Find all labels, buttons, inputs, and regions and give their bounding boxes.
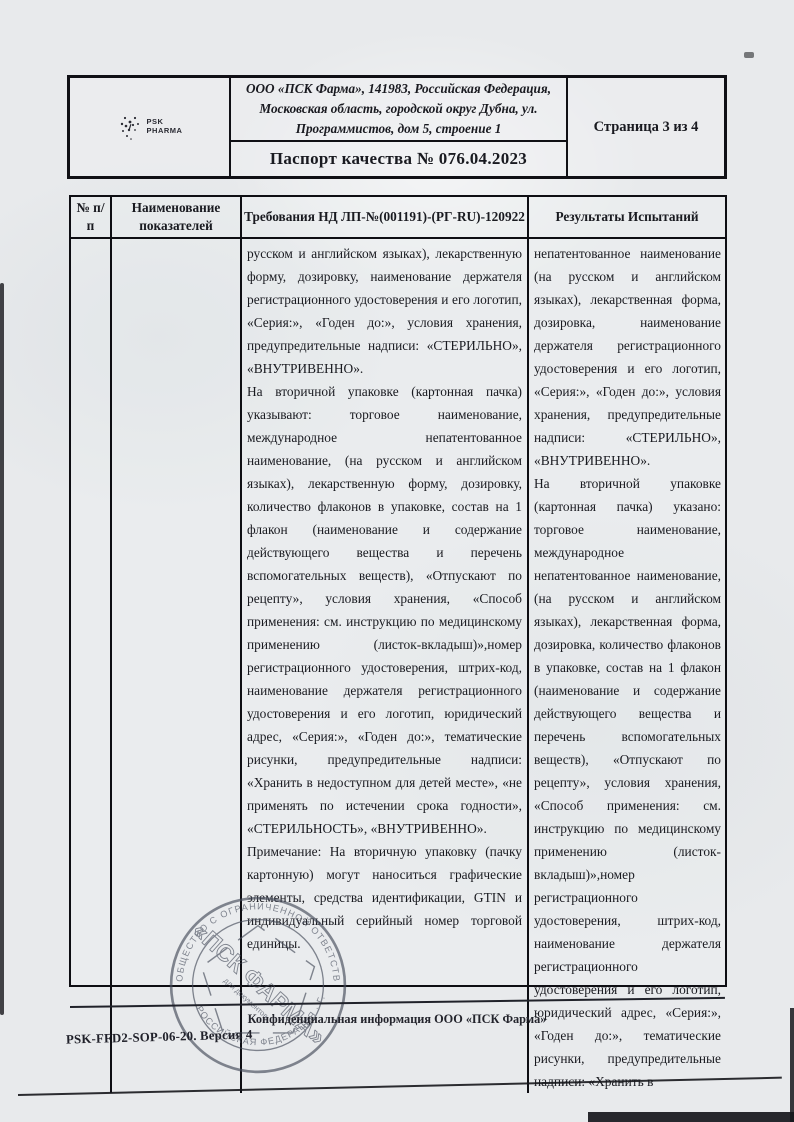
scan-speck-artifact-top-right [744, 52, 754, 58]
psk-burst-logo-icon [117, 112, 143, 142]
col-header-results: Результаты Испытаний [529, 197, 725, 239]
company-round-stamp: ОБЩЕСТВО С ОГРАНИЧЕННОЙ ОТВЕТСТВЕННОСТЬЮ… [166, 893, 350, 1077]
header-table: PSK PHARMA ООО «ПСК Фарма», 141983, Росс… [67, 75, 727, 179]
scanned-quality-passport-page: { "header": { "logo": { "icon": "psk-bur… [0, 0, 794, 1122]
company-address: ООО «ПСК Фарма», 141983, Российская Феде… [231, 78, 566, 142]
scan-band-artifact-bottom-right [588, 1112, 794, 1122]
logo-cell: PSK PHARMA [70, 78, 231, 176]
scan-edge-artifact-left [0, 283, 4, 1015]
cell-results: непатентованное наименование (на русском… [529, 239, 725, 1093]
specification-table: № п/п Наименование показателей Требовани… [69, 195, 727, 987]
page-indicator: Страница 3 из 4 [566, 78, 724, 176]
logo-brand-line2: PHARMA [147, 127, 183, 136]
header-middle-cell: ООО «ПСК Фарма», 141983, Российская Феде… [231, 78, 566, 176]
confidential-notice: Конфиденциальная информация ООО «ПСК Фар… [0, 1012, 794, 1027]
results-text: непатентованное наименование (на русском… [529, 239, 725, 1093]
scan-edge-artifact-right [790, 1008, 794, 1122]
requirements-text: русском и английском языках), лекарствен… [242, 239, 527, 955]
col-header-number: № п/п [71, 197, 112, 239]
col-header-indicator: Наименование показателей [112, 197, 242, 239]
cell-number [71, 239, 112, 1093]
logo-wordmark: PSK PHARMA [147, 118, 183, 135]
col-header-requirements: Требования НД ЛП-№(001191)-(РГ-RU)-12092… [242, 197, 529, 239]
document-title: Паспорт качества № 076.04.2023 [231, 142, 566, 176]
